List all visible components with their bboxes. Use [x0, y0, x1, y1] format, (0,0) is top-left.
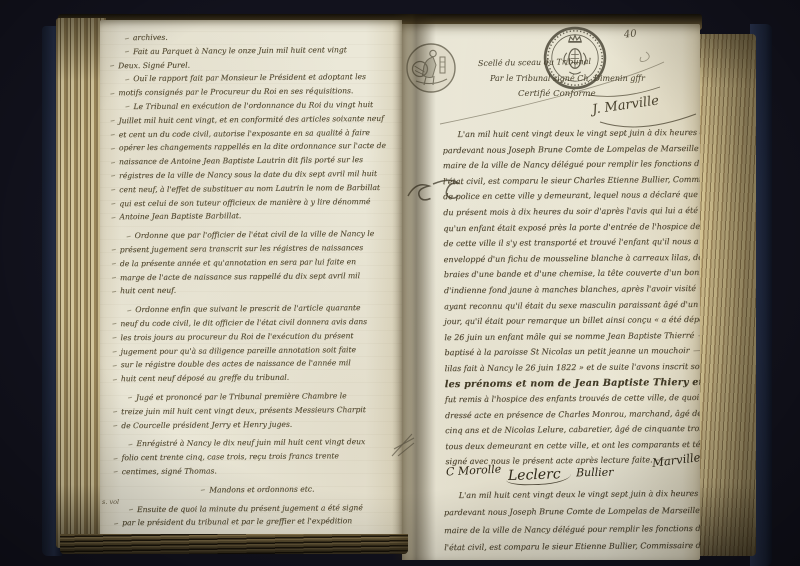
manuscript-line: pardevant nous Joseph Brune Comte de Lom…	[444, 502, 700, 522]
manuscript-line: neuf du code civil, le dit officier de l…	[112, 315, 400, 331]
photo-background: archives.Fait au Parquet à Nancy le onze…	[0, 0, 800, 566]
manuscript-line: L'an mil huit cent vingt deux le vingt s…	[443, 125, 700, 143]
manuscript-line: du présent mois à dix heures du soir d'a…	[443, 203, 700, 221]
revenue-stamp-icon	[404, 40, 460, 98]
certification-line: Certifié Conforme	[518, 89, 596, 99]
act-next-entry-text: L'an mil huit cent vingt deux le vingt s…	[444, 485, 700, 557]
signature: Marville	[651, 450, 700, 470]
manuscript-line: Ouï le rapport fait par Monsieur le Prés…	[110, 70, 398, 86]
gutter-paraph-icon	[390, 428, 416, 458]
left-page-text: archives.Fait au Parquet à Nancy le onze…	[110, 29, 402, 531]
page-number: 40	[623, 28, 637, 40]
manuscript-line: centimes, signé Thomas.	[114, 463, 402, 479]
manuscript-line: huit cent neuf.	[112, 282, 400, 298]
manuscript-line: de cette ville il s'y est transporté et …	[443, 234, 700, 252]
left-page: archives.Fait au Parquet à Nancy le onze…	[100, 20, 402, 538]
manuscript-line: Mandons et ordonnons etc.	[114, 481, 402, 497]
manuscript-line: par le président du tribunal et par le g…	[114, 514, 402, 530]
manuscript-line: jour, qu'il était pour remarque un bille…	[444, 312, 700, 330]
manuscript-line: de Courcelle président Jerry et Henry ju…	[113, 416, 401, 432]
signature: C Morolle	[446, 463, 502, 479]
manuscript-line: l'état civil, est comparu le sieur Etien…	[444, 537, 700, 557]
certification-block: Scellé du sceau du Tribunal Par le Tribu…	[462, 58, 700, 134]
manuscript-line: L'an mil huit cent vingt deux le vingt s…	[444, 485, 700, 505]
signature: Leclerc	[506, 466, 571, 486]
manuscript-line: d'indienne fond jaune à manches blanches…	[444, 281, 700, 299]
manuscript-line: treize juin mil huit cent vingt deux, pr…	[113, 402, 401, 418]
right-page: 40 Scellé du sceau du Tribunal Par le Tr…	[402, 24, 700, 560]
manuscript-line: Ensuite de quoi la minute du présent jug…	[114, 500, 402, 516]
signatures-row: C MorolleLeclercBullierMarville	[446, 454, 700, 488]
page-edges-bottom-stack	[60, 534, 408, 554]
register-book: archives.Fait au Parquet à Nancy le onze…	[0, 0, 800, 566]
manuscript-line: huit cent neuf déposé au greffe du tribu…	[113, 370, 401, 386]
margin-note: s. vol	[102, 498, 119, 506]
manuscript-line: présent jugement sera transcrit sur les …	[112, 241, 400, 257]
manuscript-line: fut remis à l'hospice des enfants trouvé…	[445, 390, 700, 408]
clerk-signature: J. Marville	[591, 93, 660, 117]
manuscript-line: Antoine Jean Baptiste Barbillat.	[111, 208, 399, 224]
act-foundling-text: L'an mil huit cent vingt deux le vingt s…	[443, 125, 700, 470]
page-edges-left-stack	[56, 18, 106, 548]
certification-line: Par le Tribunal signé Ch. Dimenin gffr	[490, 74, 645, 83]
manuscript-line: maire de la ville de Nancy délégué pour …	[444, 520, 700, 540]
page-edges-right-fan	[698, 34, 756, 556]
certification-line: Scellé du sceau du Tribunal	[478, 57, 591, 68]
manuscript-line: lilas fait à Nancy le 26 juin 1822 » et …	[445, 359, 700, 377]
manuscript-line: Enrégistré à Nancy le dix neuf juin mil …	[113, 435, 401, 451]
signature: Bullier	[576, 466, 614, 480]
